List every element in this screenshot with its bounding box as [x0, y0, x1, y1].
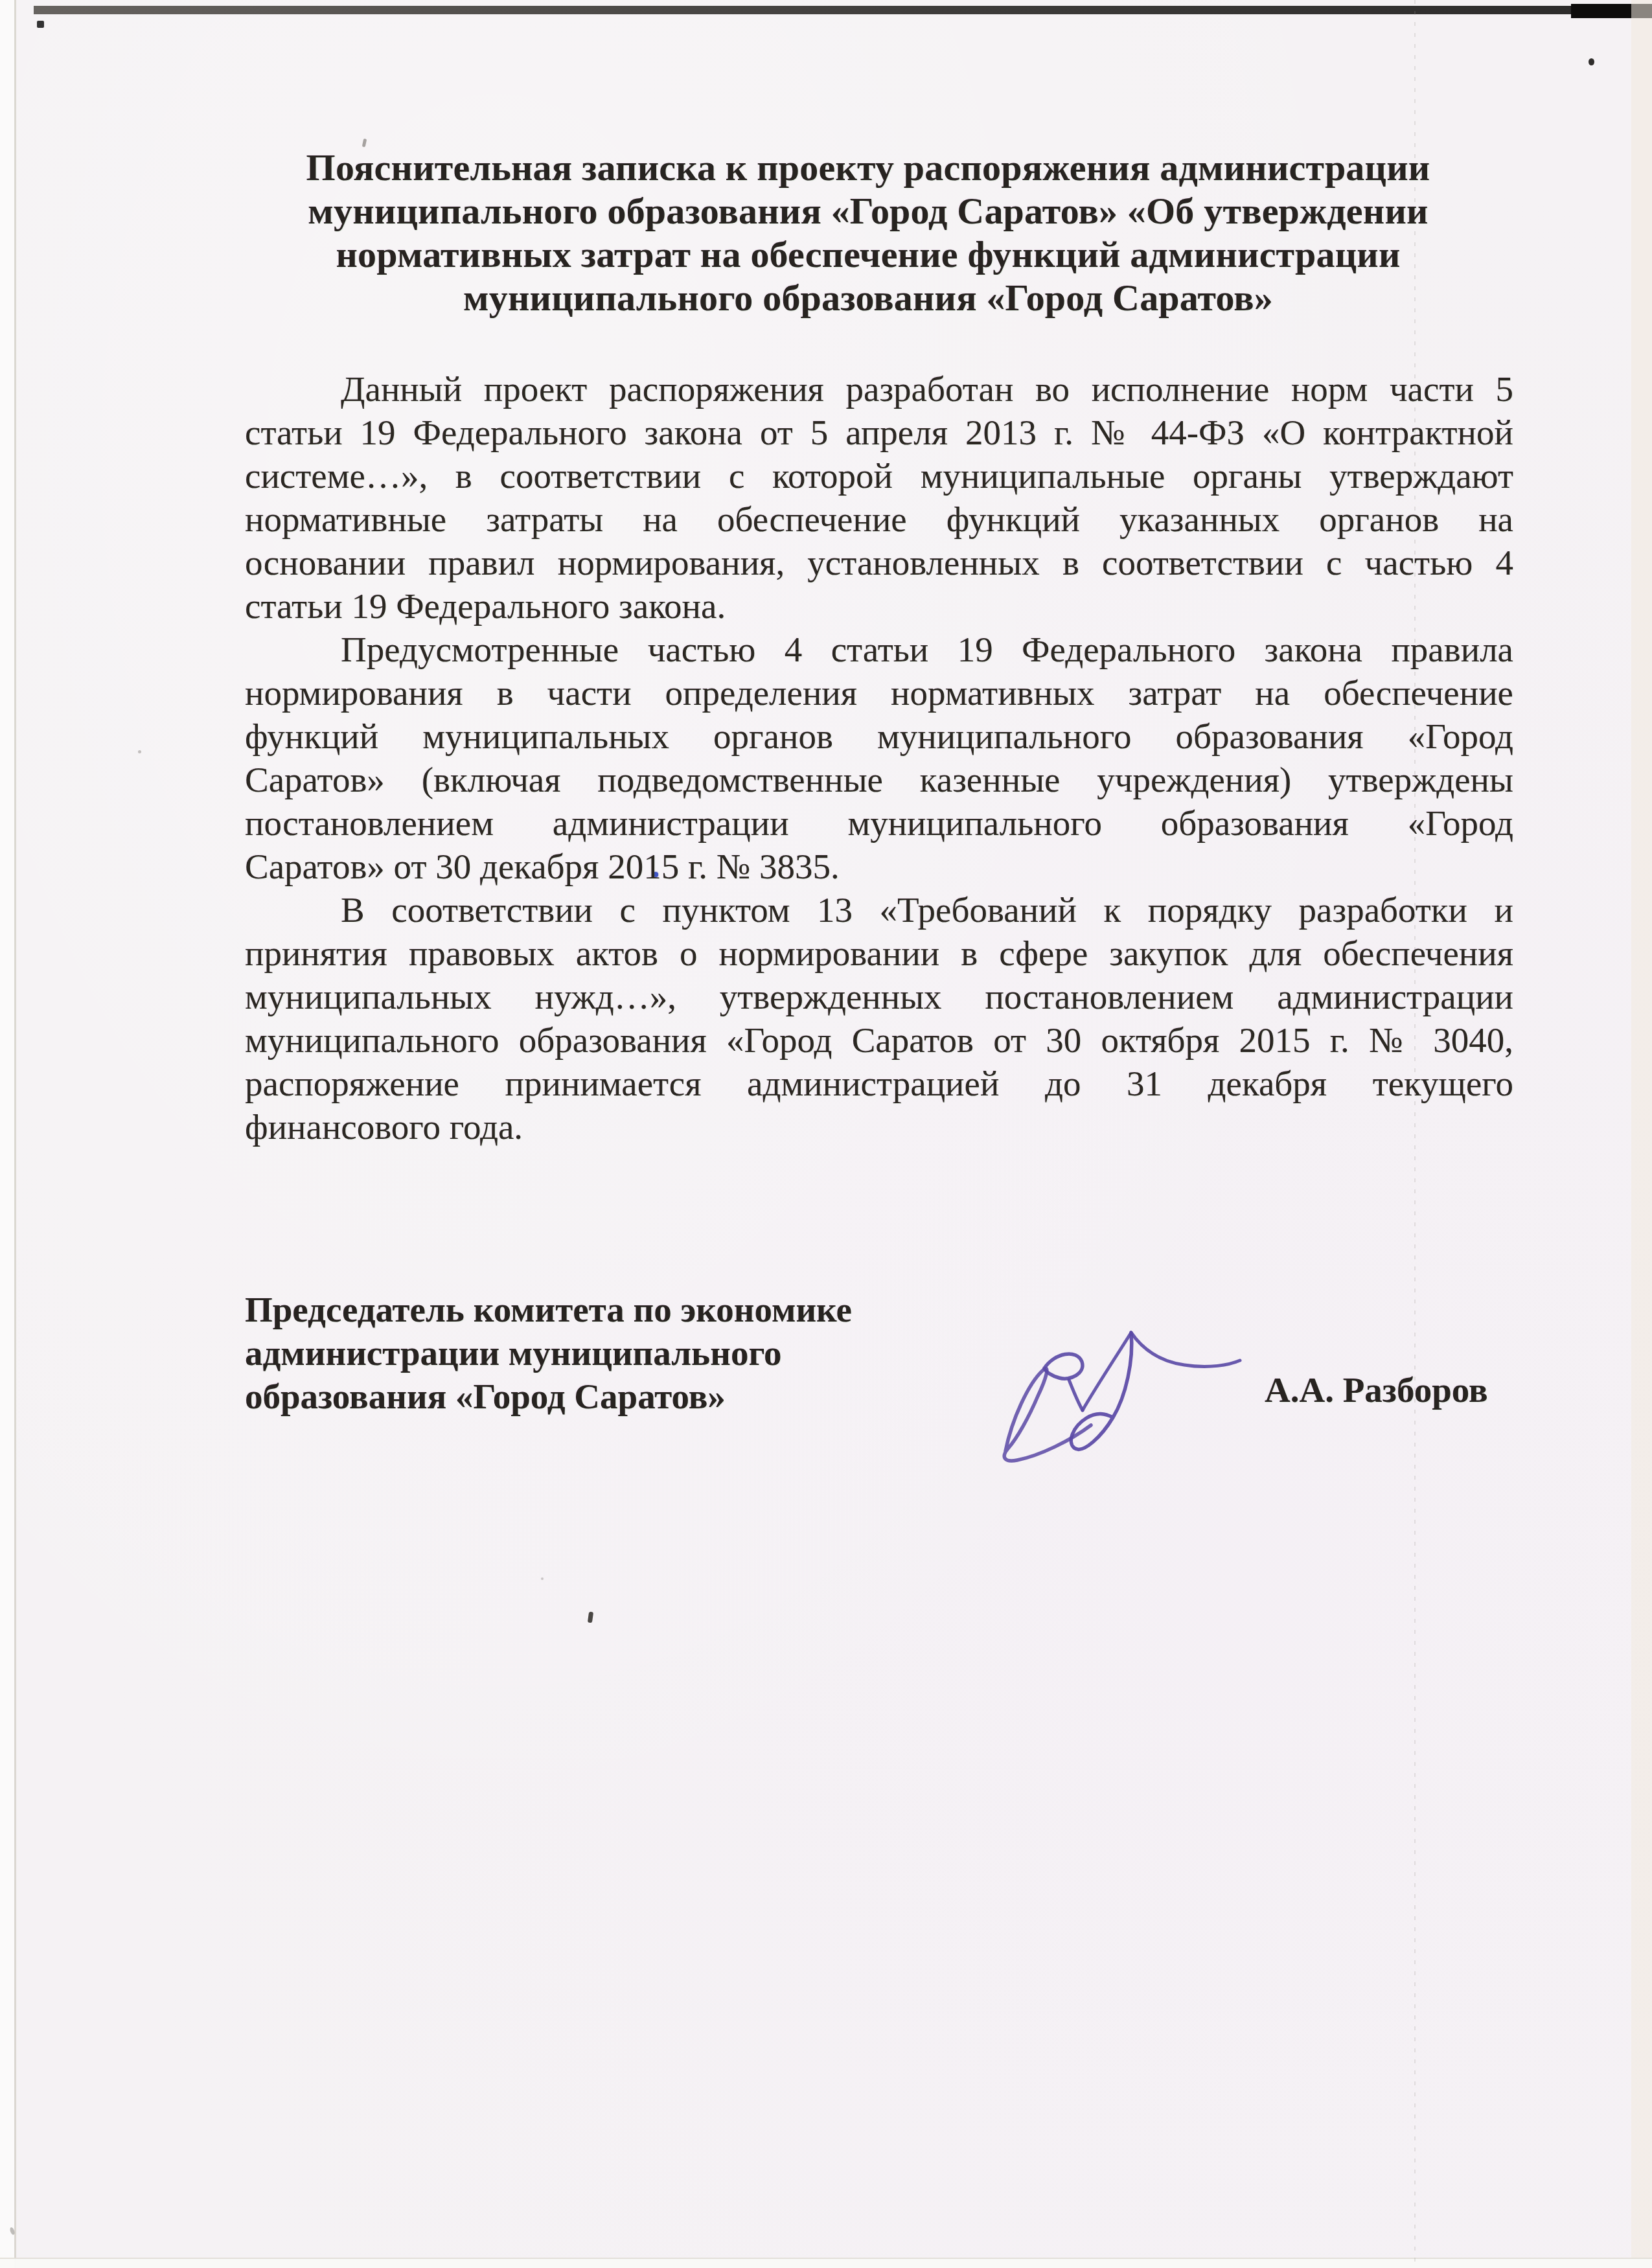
body-line: распоряжение принимается администрацией … — [245, 1062, 1513, 1105]
scan-left-paper-edge — [0, 0, 14, 2268]
scan-left-edge-line — [14, 0, 16, 2268]
scan-bottom-edge — [0, 2258, 1652, 2268]
signature-stroke — [1004, 1368, 1091, 1461]
body-line: статьи 19 Федерального закона. — [245, 584, 1513, 628]
body-line: Предусмотренные частью 4 статьи 19 Федер… — [245, 628, 1513, 671]
body-line: принятия правовых актов о нормировании в… — [245, 932, 1513, 975]
document-title-line: нормативных затрат на обеспечение функци… — [243, 231, 1493, 275]
body-line: системе…», в соответствии с которой муни… — [245, 454, 1513, 498]
signature-stroke — [1083, 1333, 1240, 1410]
body-line: Саратов» (включая подведомственные казен… — [245, 758, 1513, 801]
body-line: постановлением администрации муниципальн… — [245, 801, 1513, 845]
handwritten-signature — [972, 1315, 1263, 1529]
signature-stroke — [1069, 1380, 1083, 1410]
body-line: муниципальных нужд…», утвержденных поста… — [245, 975, 1513, 1018]
body-line: Данный проект распоряжения разработан во… — [245, 367, 1513, 411]
body-line: функций муниципальных органов муниципаль… — [245, 715, 1513, 758]
signatory-name: А.А. Разборов — [1265, 1368, 1601, 1412]
signatory-position-line: администрации муниципального — [245, 1331, 1022, 1375]
document-title-line: Пояснительная записка к проекту распоряж… — [243, 144, 1493, 188]
body-line: муниципального образования «Город Сарато… — [245, 1018, 1513, 1062]
signatory-position-line: образования «Город Саратов» — [245, 1375, 1022, 1418]
document-body: Данный проект распоряжения разработан во… — [245, 367, 1513, 1149]
scan-speck — [37, 21, 44, 28]
signatory-position-line: Председатель комитета по экономике — [245, 1288, 1022, 1331]
body-line: нормирования в части определения нормати… — [245, 671, 1513, 715]
document-title-line: муниципального образования «Город Сарато… — [243, 275, 1493, 318]
scan-speck — [1589, 58, 1594, 65]
body-line: нормативные затраты на обеспечение функц… — [245, 498, 1513, 541]
scan-right-edge-strip — [1631, 0, 1652, 2268]
body-line: Саратов» от 30 декабря 2015 г. № 3835. — [245, 845, 1513, 888]
scan-speck — [138, 750, 141, 753]
scan-speck — [541, 1577, 544, 1580]
signatory-position: Председатель комитета по экономике админ… — [245, 1288, 1022, 1418]
document-title: Пояснительная записка к проекту распоряж… — [243, 144, 1493, 318]
body-line: статьи 19 Федерального закона от 5 апрел… — [245, 411, 1513, 454]
body-line: основании правил нормирования, установле… — [245, 541, 1513, 584]
signature-stroke — [1044, 1354, 1083, 1379]
document-title-line: муниципального образования «Город Сарато… — [243, 188, 1493, 231]
scan-top-edge-line — [34, 6, 1652, 14]
body-line: финансового года. — [245, 1105, 1513, 1149]
body-line: В соответствии с пунктом 13 «Требований … — [245, 888, 1513, 932]
scan-speck — [588, 1612, 593, 1623]
scanned-document-page: Пояснительная записка к проекту распоряж… — [0, 0, 1652, 2268]
